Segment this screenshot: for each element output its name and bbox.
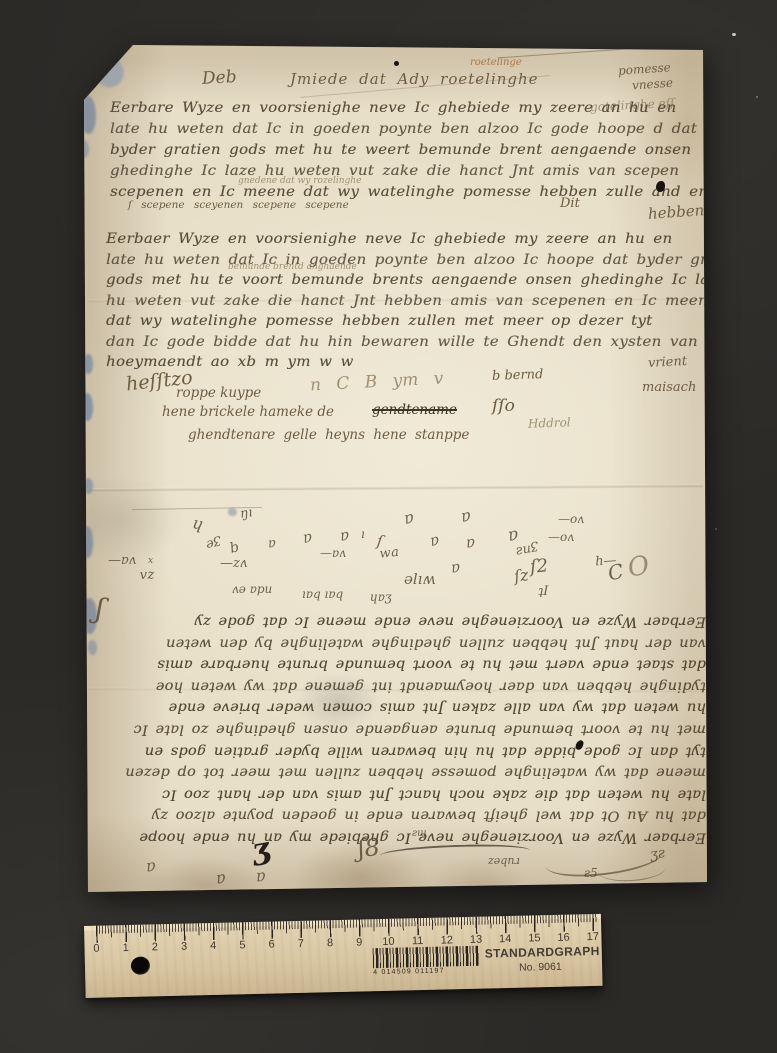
manuscript-line: dan Ic gode bidde dat hu hin bewaren wil… — [106, 332, 747, 353]
pen-trial-mark: ɐ — [339, 525, 350, 544]
pen-trial-mark: b — [228, 539, 241, 557]
manuscript-line: meene dat wy watelinghe pomesse hebben z… — [49, 761, 706, 783]
pen-trial-mark: —ɐʌ — [320, 546, 346, 560]
manuscript-line: dat hu Au Ot dat wel gheift bewaren ende… — [49, 804, 706, 826]
interline-note: ſ scepene sceyenen scepene scepene — [128, 199, 349, 211]
pen-trial-mark: ɥ — [191, 513, 205, 534]
ruler-number: 11 — [409, 935, 425, 947]
pen-trial-mark: O — [626, 550, 652, 583]
photo-scene: Deb Jmiede dat Ady roetelinghe roeteling… — [0, 0, 777, 1053]
ruler-number: 8 — [322, 937, 338, 949]
signature-flourish: n C B ym v — [310, 369, 444, 396]
manuscript-page: Deb Jmiede dat Ady roetelinghe roeteling… — [0, 0, 777, 1053]
pen-trial-mark: ɐ — [459, 505, 472, 525]
manuscript-line: tydinghe hebben van daer hoeymaendt int … — [49, 675, 706, 697]
ruler-number: 0 — [88, 943, 104, 955]
manuscript-line: met hu te voort bemunde brunte aengaende… — [49, 718, 706, 740]
ruler-number: 15 — [526, 932, 542, 944]
fold-crease — [88, 484, 703, 492]
ruler-brand-label: STANDARDGRAPH — [485, 944, 600, 961]
ruler-model-label: No. 9061 — [519, 961, 562, 974]
manuscript-line: Eerbaer Wyze en voorsienighe neve Ic ghe… — [106, 229, 747, 250]
manuscript-line: dat staet ende vaert met hu te voort bem… — [49, 653, 706, 675]
signature-name-struck: gendtename — [372, 402, 457, 418]
manuscript-line: Eerbaer Wyze en Voorzieneghe neve ende m… — [49, 610, 706, 632]
interline-note: bemunde brentd anghaende — [228, 262, 357, 272]
ruler-number: 3 — [176, 940, 192, 952]
header-top-right: vnesse — [632, 76, 674, 93]
interline-note: Dit — [560, 196, 580, 211]
inverted-draft-letter: Eerbaer Wyze en Voorzieneghe neve Ic ghe… — [92, 610, 706, 848]
header-interline: roetelinge — [470, 57, 522, 68]
barcode-bars — [373, 946, 479, 968]
letter-paragraph-1: Eerbare Wyze en voorsienighe neve Ic ghe… — [110, 98, 667, 203]
header-title: Jmiede dat Ady roetelinghe — [290, 70, 539, 88]
pen-trial-mark: —oʌ — [548, 530, 574, 544]
pen-trial-mark: C — [606, 559, 626, 586]
pen-trial-mark: ʇI — [538, 584, 548, 599]
manuscript-line: hu weten vut zake die hanct Jnt hebben a… — [106, 291, 747, 312]
ruler-number: 10 — [380, 936, 396, 948]
manuscript-line: late hu weten dat Ic in goeden poynte be… — [110, 119, 706, 140]
pen-trial-mark: ɥɐʒ — [370, 590, 392, 604]
tape-residue — [79, 140, 89, 158]
ruler-hole — [131, 956, 150, 974]
manuscript-line: late hu weten dat die zake noch hanct Jn… — [49, 783, 706, 805]
ruler-number: 4 — [205, 940, 221, 952]
ruler-number: 12 — [439, 934, 455, 946]
manuscript-line: van der haut Jnt hebben zullen ghedinghe… — [49, 632, 706, 654]
ruler-number: 9 — [351, 936, 367, 948]
pen-trial-mark: ʌǝ ɐpu — [232, 582, 272, 596]
pen-trial-mark: ɐʍ — [379, 545, 399, 562]
signature-name: roppe kuype — [176, 385, 261, 401]
ruler-number: 13 — [468, 934, 484, 946]
ruler-number: 14 — [497, 933, 513, 945]
pen-trial-mark: ı — [361, 527, 365, 541]
manuscript-paper: Deb Jmiede dat Ady roetelinghe roeteling… — [0, 0, 777, 1053]
ruler-number: 6 — [264, 938, 280, 950]
pen-flourish: ʃ8 — [357, 833, 381, 862]
pen-trial-mark: ɐ — [302, 527, 314, 546]
manuscript-line: hu weten dat wy van alle zaken Jnt amis … — [49, 696, 706, 718]
manuscript-line: dat wy watelinghe pomesse hebben zullen … — [106, 311, 747, 332]
pen-trial-mark: ɐ — [465, 533, 476, 552]
manuscript-line: Eerbare Wyze en voorsienighe neve Ic ghe… — [110, 98, 706, 119]
ruler-barcode: 4 014509 011197 — [373, 946, 480, 976]
manuscript-line: tyt dan Ic gode bidde dat hu hin bewaren… — [49, 740, 706, 762]
tape-residue — [81, 96, 96, 134]
ruler-number: 1 — [118, 942, 134, 954]
tape-residue — [84, 354, 93, 374]
interline-note: gnedene dat wy rozelinghe — [238, 176, 361, 186]
valediction-word: vrient — [648, 354, 688, 371]
tape-residue — [84, 47, 130, 94]
tape-residue — [82, 526, 93, 558]
pen-trial-mark: ɐ — [428, 530, 440, 549]
signature-name: ghendtenare gelle heyns hene stanppe — [188, 427, 469, 443]
pen-trial-mark: ǝlıʍ — [404, 570, 435, 588]
manuscript-line: late hu weten dat Ic in goeden poynte be… — [106, 250, 747, 271]
letter-paragraph-2: Eerbaer Wyze en voorsienighe neve Ic ghe… — [106, 229, 705, 373]
ruler-number: 5 — [234, 939, 250, 951]
pen-trial-mark: ɐ — [145, 856, 156, 876]
pen-trial-mark: —zʌ — [220, 556, 247, 571]
ruler: 0 1 2 3 4 5 6 7 8 9 10 11 12 13 14 15 16… — [84, 914, 603, 998]
ruler-number: 17 — [585, 931, 601, 943]
signature-flourish: ſſo — [492, 396, 515, 416]
pen-trial-mark: x — [148, 556, 153, 566]
pen-trial-mark: ɐ — [255, 866, 266, 886]
pen-trial-mark: ɐ — [215, 867, 227, 887]
interline-note: hebben — [647, 201, 704, 223]
barcode-digits: 4 014509 011197 — [373, 967, 479, 976]
pen-trial-mark: ŋı — [239, 505, 253, 522]
manuscript-line: byder gratien gods met hu te weert bemun… — [110, 140, 706, 161]
header-mark: Deb — [202, 67, 238, 89]
tape-residue — [82, 393, 93, 421]
signature-faint: Hddrol — [528, 415, 571, 430]
pen-trial-mark: —oʌ — [558, 512, 584, 526]
pen-trial-mark: ʒe — [205, 535, 222, 552]
manuscript-line: ghedinghe Ic laze hu weten vut zake die … — [110, 161, 706, 182]
pen-trial-mark: ɐ — [450, 557, 461, 576]
pen-trial-mark: zʌ — [140, 568, 155, 583]
pen-trial-mark: ſ2 — [529, 555, 549, 577]
pen-trial-mark: —ɐʌ — [108, 553, 136, 568]
signature-name: b bernd — [492, 367, 544, 384]
ruler-number: 16 — [555, 932, 571, 944]
signature-name: hene brickele hameke de — [162, 404, 334, 420]
ruler-number: 7 — [293, 938, 309, 950]
pen-trial-mark: ſz — [513, 565, 530, 586]
tape-residue — [228, 508, 237, 516]
manuscript-line: gods met hu te voort bemunde brents aeng… — [106, 270, 747, 291]
ink-blot — [394, 61, 399, 66]
pen-trial-mark: ƨɯ — [412, 828, 427, 839]
signature-name: maisach — [642, 380, 696, 395]
ruler-number: 2 — [147, 941, 163, 953]
pen-trial-mark: ıɐq ıɐq — [302, 587, 343, 601]
tape-residue — [84, 478, 93, 494]
pen-trial-mark: ɐ — [402, 507, 415, 528]
pen-trial-mark: ɐ — [267, 536, 276, 552]
